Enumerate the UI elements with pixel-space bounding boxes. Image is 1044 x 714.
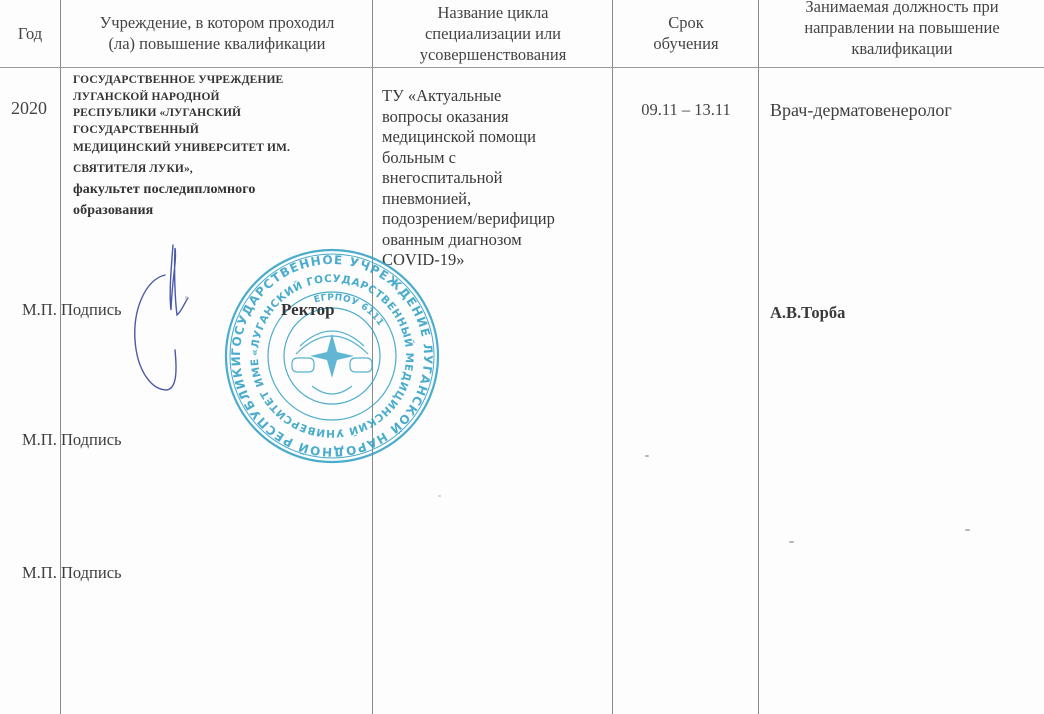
row-position: Врач-дерматовенеролог — [770, 100, 952, 121]
header-term-label: Срок обучения — [646, 12, 726, 54]
faculty-line: факультет последипломного — [73, 179, 373, 200]
mp-signature-label: М.П. Подпись — [22, 563, 122, 583]
scan-speck — [185, 296, 188, 300]
scan-speck — [965, 529, 970, 531]
header-year: Год — [0, 0, 60, 66]
faculty-line: образования — [73, 200, 373, 221]
training-record-page: Год Учреждение, в котором проходил (ла) … — [0, 0, 1044, 714]
course-line: пневмонией, — [382, 189, 607, 210]
scan-speck — [438, 495, 441, 497]
header-course: Название цикла специализации или усоверш… — [374, 0, 612, 66]
header-divider — [0, 67, 1044, 68]
mp-signature-label: М.П. Подпись — [22, 430, 122, 450]
course-line: больным с — [382, 148, 607, 169]
column-divider — [60, 0, 61, 714]
scan-speck — [645, 455, 649, 457]
institution-line: РЕСПУБЛИКИ «ЛУГАНСКИЙ — [73, 105, 373, 122]
header-course-label: Название цикла специализации или усоверш… — [393, 2, 593, 65]
column-divider — [612, 0, 613, 714]
institution-line: ГОСУДАРСТВЕННОЕ УЧРЕЖДЕНИЕ — [73, 72, 373, 89]
scan-speck — [789, 541, 794, 543]
column-divider — [758, 0, 759, 714]
row-year: 2020 — [0, 98, 58, 119]
course-line: внегоспитальной — [382, 168, 607, 189]
header-institution-label: Учреждение, в котором проходил (ла) повы… — [87, 12, 347, 54]
course-line: подозрением/верифицир — [382, 209, 607, 230]
row-institution: ГОСУДАРСТВЕННОЕ УЧРЕЖДЕНИЕ ЛУГАНСКОЙ НАР… — [73, 72, 373, 221]
header-institution: Учреждение, в котором проходил (ла) повы… — [64, 0, 370, 66]
course-line: вопросы оказания — [382, 107, 607, 128]
institution-line: ЛУГАНСКОЙ НАРОДНОЙ — [73, 89, 373, 106]
row-term: 09.11 – 13.11 — [614, 100, 758, 120]
course-line: ТУ «Актуальные — [382, 86, 607, 107]
institution-line: ГОСУДАРСТВЕННЫЙ — [73, 122, 373, 139]
header-position: Занимаемая должность при направлении на … — [760, 0, 1044, 60]
institution-line: СВЯТИТЕЛЯ ЛУКИ», — [73, 161, 373, 178]
rector-label: Ректор — [281, 300, 335, 320]
header-term: Срок обучения — [614, 0, 758, 66]
row-course: ТУ «Актуальные вопросы оказания медицинс… — [382, 86, 607, 271]
course-line: медицинской помощи — [382, 127, 607, 148]
handwritten-signature-icon — [125, 240, 205, 400]
official-stamp-icon: ГОСУДАРСТВЕННОЕ УЧРЕЖДЕНИЕ ЛУГАНСКОЙ НАР… — [222, 246, 442, 466]
mp-signature-label: М.П. Подпись — [22, 300, 122, 320]
header-year-label: Год — [18, 23, 42, 44]
institution-line: МЕДИЦИНСКИЙ УНИВЕРСИТЕТ ИМ. — [73, 140, 373, 157]
signer-name: А.В.Торба — [770, 303, 845, 323]
header-position-label: Занимаемая должность при направлении на … — [777, 0, 1027, 59]
